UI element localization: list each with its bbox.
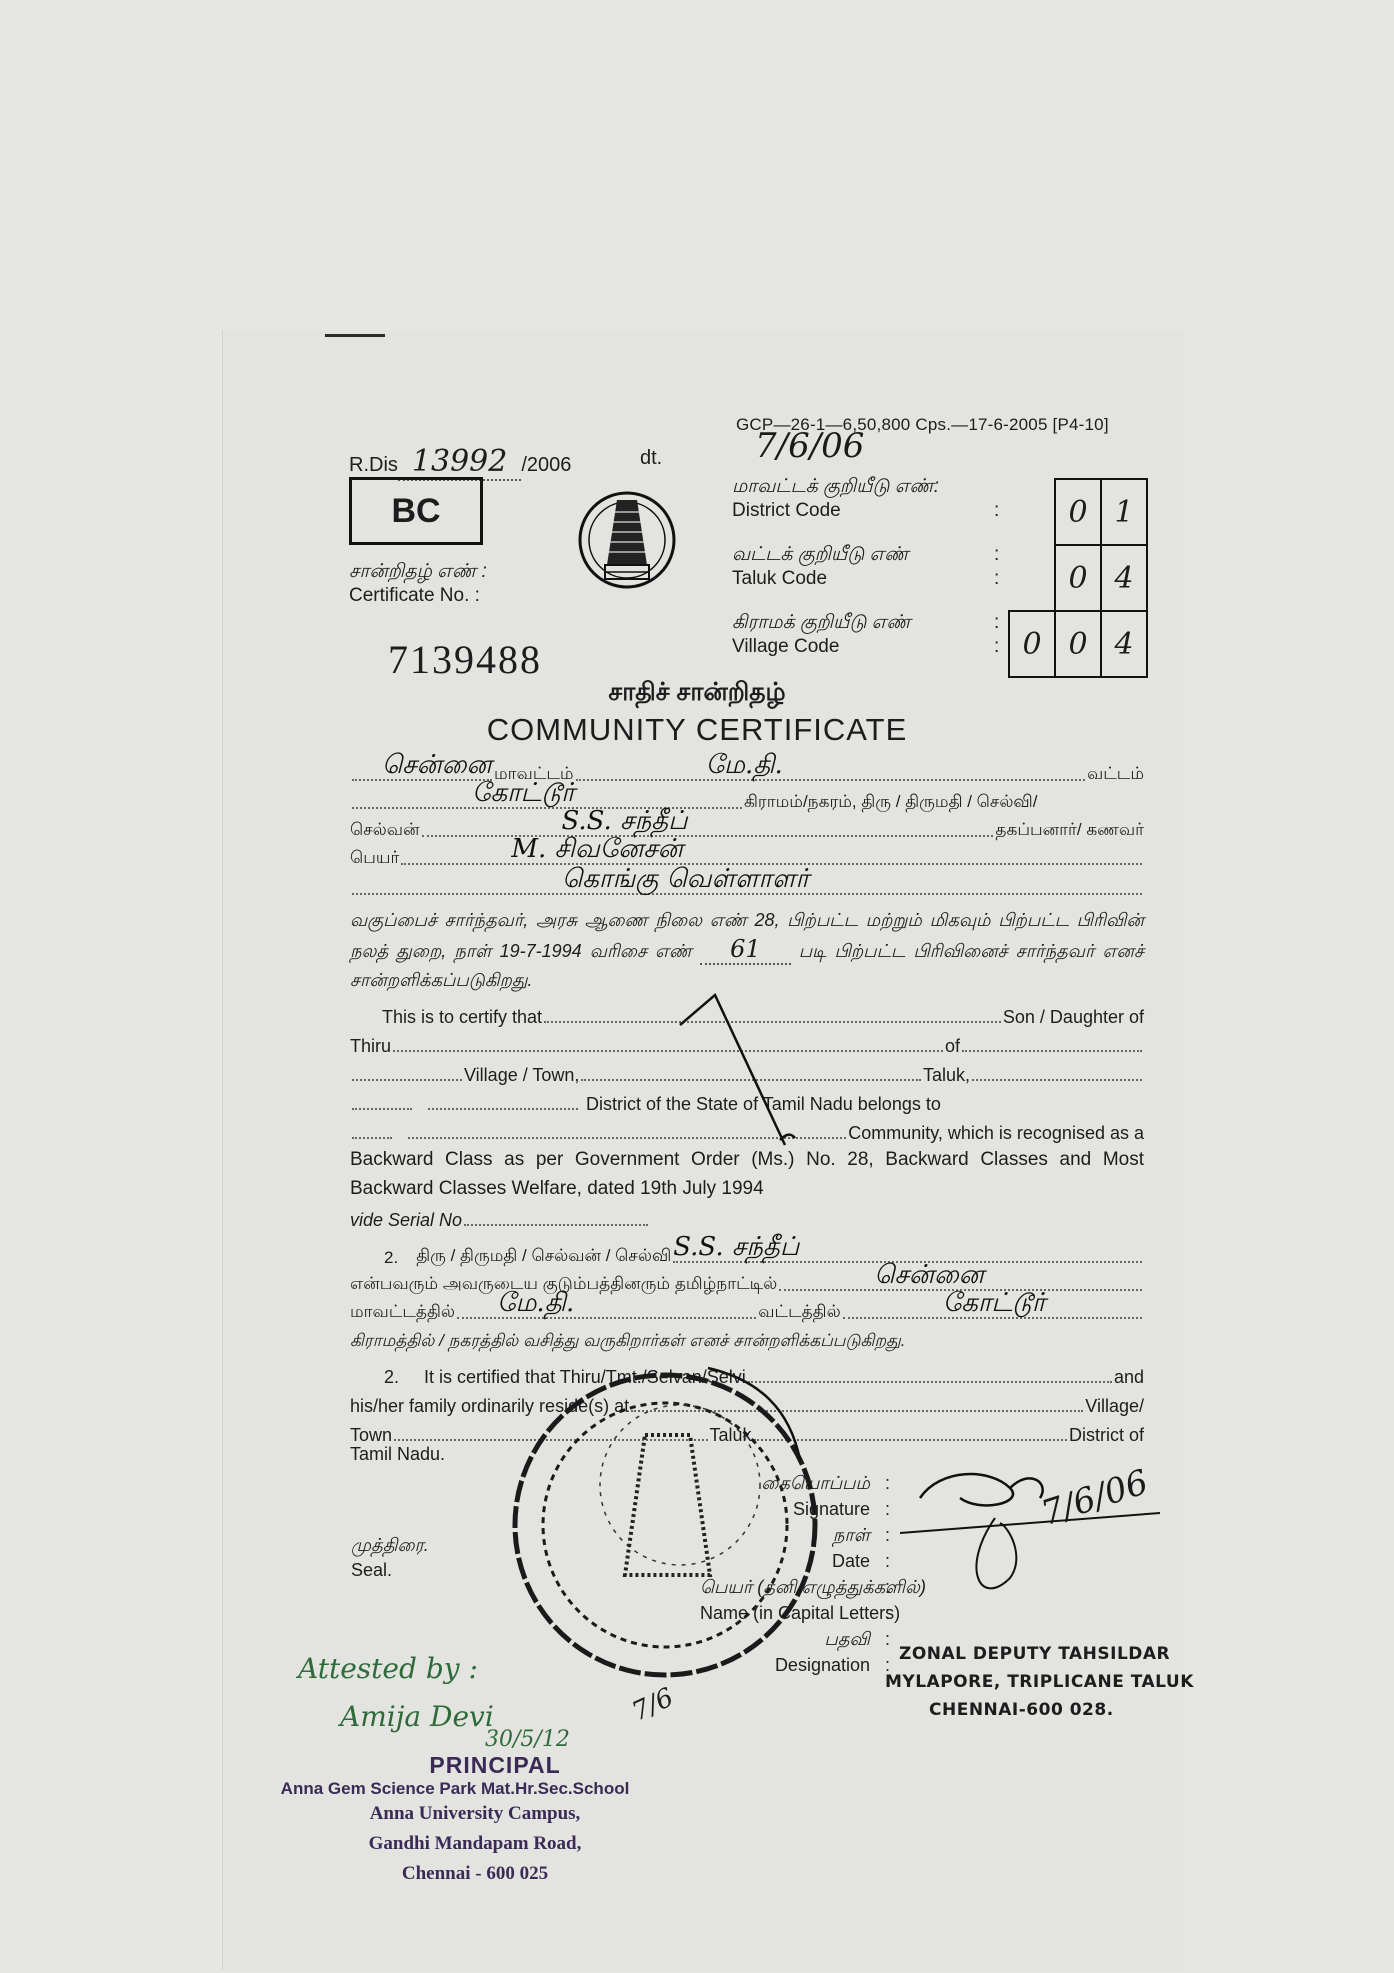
attester-date: 30/5/12: [485, 1727, 570, 1752]
attested-by-label: Attested by :: [298, 1652, 478, 1685]
principal-title: PRINCIPAL: [290, 1752, 700, 1779]
en-line-2: Thiruof: [350, 1029, 1144, 1057]
ta-line-village: கோட்டூர் கிராமம்/நகரம், திரு / திருமதி /…: [350, 786, 1144, 814]
r-dis-label: R.Dis: [349, 454, 398, 476]
signature-colons: ::::::::: [885, 1470, 890, 1678]
title-tamil: சாதிச் சான்றிதழ்: [0, 678, 1394, 710]
district-code-digit: 0: [1054, 478, 1102, 546]
principal-stamp: PRINCIPAL Anna Gem Science Park Mat.Hr.S…: [250, 1752, 700, 1889]
certificate-number: 7139488: [388, 636, 542, 683]
location-codes-labels: மாவட்டக் குறியீடு எண்: District Code : வ…: [732, 475, 939, 679]
res-ta-line-1: 2. திரு / திருமதி / செல்வன் / செல்வி S.S…: [350, 1240, 1144, 1268]
res-en-line-4: Tamil Nadu.: [350, 1444, 445, 1465]
taluk-code-row: வட்டக் குறியீடு எண் Taluk Code ::: [732, 543, 939, 611]
taluk-code-digit: 0: [1054, 544, 1102, 612]
seal-label: முத்திரை. Seal.: [351, 1533, 429, 1583]
village-code-digit: 0: [1054, 610, 1102, 678]
serial-number-hw: 61: [700, 935, 791, 965]
title-english: COMMUNITY CERTIFICATE: [0, 712, 1394, 748]
r-dis-number: 13992: [398, 444, 521, 481]
school-address-2: Gandhi Mandapam Road,: [250, 1829, 700, 1859]
top-dash-mark: [325, 334, 385, 337]
district-code-row: மாவட்டக் குறியீடு எண்: District Code :: [732, 475, 939, 543]
en-body: Backward Class as per Government Order (…: [350, 1145, 1144, 1203]
code-boxes: 0 1 0 4 0 0 4: [1010, 478, 1147, 678]
ta-line-district: சென்னை மாவட்டம் மே.தி. வட்டம்: [350, 758, 1144, 786]
r-dis-reference: R.Dis13992/2006: [349, 444, 571, 479]
attester-signature: Amija Devi: [340, 1700, 494, 1733]
tamil-nadu-emblem-icon: [577, 470, 677, 610]
certificate-no-label-en: Certificate No. :: [349, 584, 487, 608]
en-line-4: District of the State of Tamil Nadu belo…: [350, 1087, 1144, 1115]
en-line-1: This is to certify thatSon / Daughter of: [350, 1000, 1144, 1028]
certificate-no-label-ta: சான்றிதழ் எண் :: [349, 560, 487, 584]
designation-stamp: ZONAL DEPUTY TAHSILDAR MYLAPORE, TRIPLIC…: [893, 1640, 1194, 1724]
dated-label: dt.: [640, 447, 662, 470]
village-code-row: கிராமக் குறியீடு எண் Village Code ::: [732, 611, 939, 679]
village-code-digit: 0: [1008, 610, 1056, 678]
en-vide-serial: vide Serial No: [350, 1203, 650, 1231]
signature-labels: கையொப்பம் Signature நாள் Date பெயர் (தனி…: [700, 1470, 870, 1678]
district-code-digit: 1: [1100, 478, 1148, 546]
ta-line-name: செல்வன் S.S. சந்தீப் தகப்பனார்/ கணவர்: [350, 814, 1144, 842]
ta-paragraph-1: வகுப்பைச் சார்ந்தவர், அரசு ஆணை நிலை எண் …: [350, 906, 1144, 995]
school-name: Anna Gem Science Park Mat.Hr.Sec.School: [210, 1779, 700, 1799]
r-dis-year: /2006: [521, 454, 571, 476]
taluk-code-digit: 4: [1100, 544, 1148, 612]
school-address-3: Chennai - 600 025: [250, 1859, 700, 1889]
certificate-no-label: சான்றிதழ் எண் : Certificate No. :: [349, 560, 487, 608]
dated-value: 7/6/06: [755, 426, 864, 466]
school-address-1: Anna University Campus,: [250, 1799, 700, 1829]
category-box: BC: [349, 477, 483, 545]
res-ta-line-4: கிராமத்தில் / நகரத்தில் வசித்து வருகிறார…: [350, 1326, 1144, 1355]
en-line-5: Community, which is recognised as a: [350, 1116, 1144, 1144]
res-ta-line-3: மாவட்டத்தில் மே.தி. வட்டத்தில் கோட்டூர்: [350, 1296, 1144, 1324]
en-line-3: Village / Town,Taluk,: [350, 1058, 1144, 1086]
ta-line-community: கொங்கு வெள்ளாளர்: [350, 872, 1144, 900]
village-code-digit: 4: [1100, 610, 1148, 678]
